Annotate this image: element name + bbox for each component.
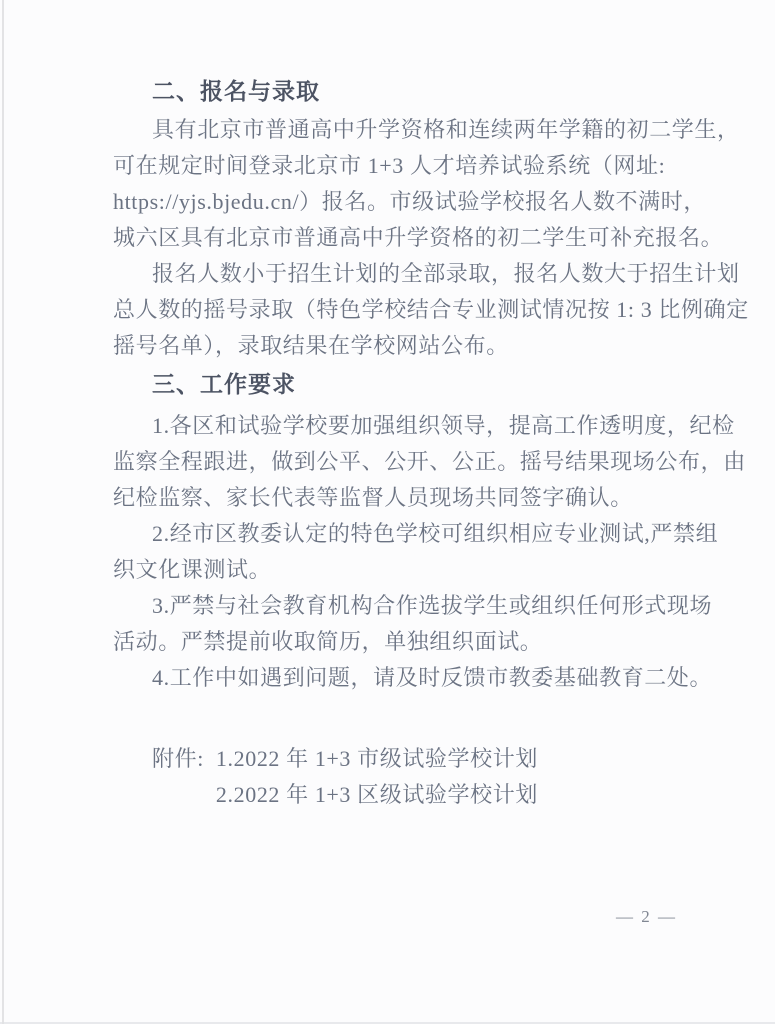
document-body: 二、报名与录取具有北京市普通高中升学资格和连续两年学籍的初二学生，可在规定时间登… — [113, 73, 705, 813]
paragraph-line: 城六区具有北京市普通高中升学资格的初二学生可补充报名。 — [113, 220, 705, 256]
paragraph-line: 具有北京市普通高中升学资格和连续两年学籍的初二学生， — [113, 112, 705, 148]
scan-edge-left — [2, 0, 4, 1024]
paragraph-line: 4.工作中如遇到问题，请及时反馈市教委基础教育二处。 — [113, 660, 705, 696]
paragraph-line: 活动。严禁提前收取简历，单独组织面试。 — [113, 624, 705, 660]
paragraph-line: 纪检监察、家长代表等监督人员现场共同签字确认。 — [113, 480, 705, 516]
attachment-item: 1.2022 年 1+3 市级试验学校计划 — [216, 741, 538, 777]
paragraph-line: 1.各区和试验学校要加强组织领导，提高工作透明度，纪检 — [113, 408, 705, 444]
paragraph-line: 3.严禁与社会教育机构合作选拔学生或组织任何形式现场 — [113, 588, 705, 624]
paragraph-line: 监察全程跟进，做到公平、公开、公正。摇号结果现场公布，由 — [113, 444, 705, 480]
section-heading: 三、工作要求 — [113, 366, 705, 402]
attachments-block: 附件:1.2022 年 1+3 市级试验学校计划2.2022 年 1+3 区级试… — [113, 741, 705, 813]
attachments-label: 附件: — [152, 741, 204, 777]
paragraph-line: 总人数的摇号录取（特色学校结合专业测试情况按 1: 3 比例确定 — [113, 292, 705, 328]
paragraph-line: 织文化课测试。 — [113, 552, 705, 588]
paragraph-line: 2.经市区教委认定的特色学校可组织相应专业测试,严禁组 — [113, 516, 705, 552]
document-page: 二、报名与录取具有北京市普通高中升学资格和连续两年学籍的初二学生，可在规定时间登… — [0, 0, 775, 1024]
attachments-list: 1.2022 年 1+3 市级试验学校计划2.2022 年 1+3 区级试验学校… — [216, 741, 538, 813]
paragraph-line: 可在规定时间登录北京市 1+3 人才培养试验系统（网址: — [113, 148, 705, 184]
section-heading: 二、报名与录取 — [113, 73, 705, 109]
attachment-item: 2.2022 年 1+3 区级试验学校计划 — [216, 777, 538, 813]
paragraph-line: 摇号名单），录取结果在学校网站公布。 — [113, 328, 705, 364]
paragraph-line: https://yjs.bjedu.cn/）报名。市级试验学校报名人数不满时， — [113, 184, 705, 220]
paragraph-line: 报名人数小于招生计划的全部录取，报名人数大于招生计划 — [113, 256, 705, 292]
page-number: — 2 — — [616, 906, 677, 928]
